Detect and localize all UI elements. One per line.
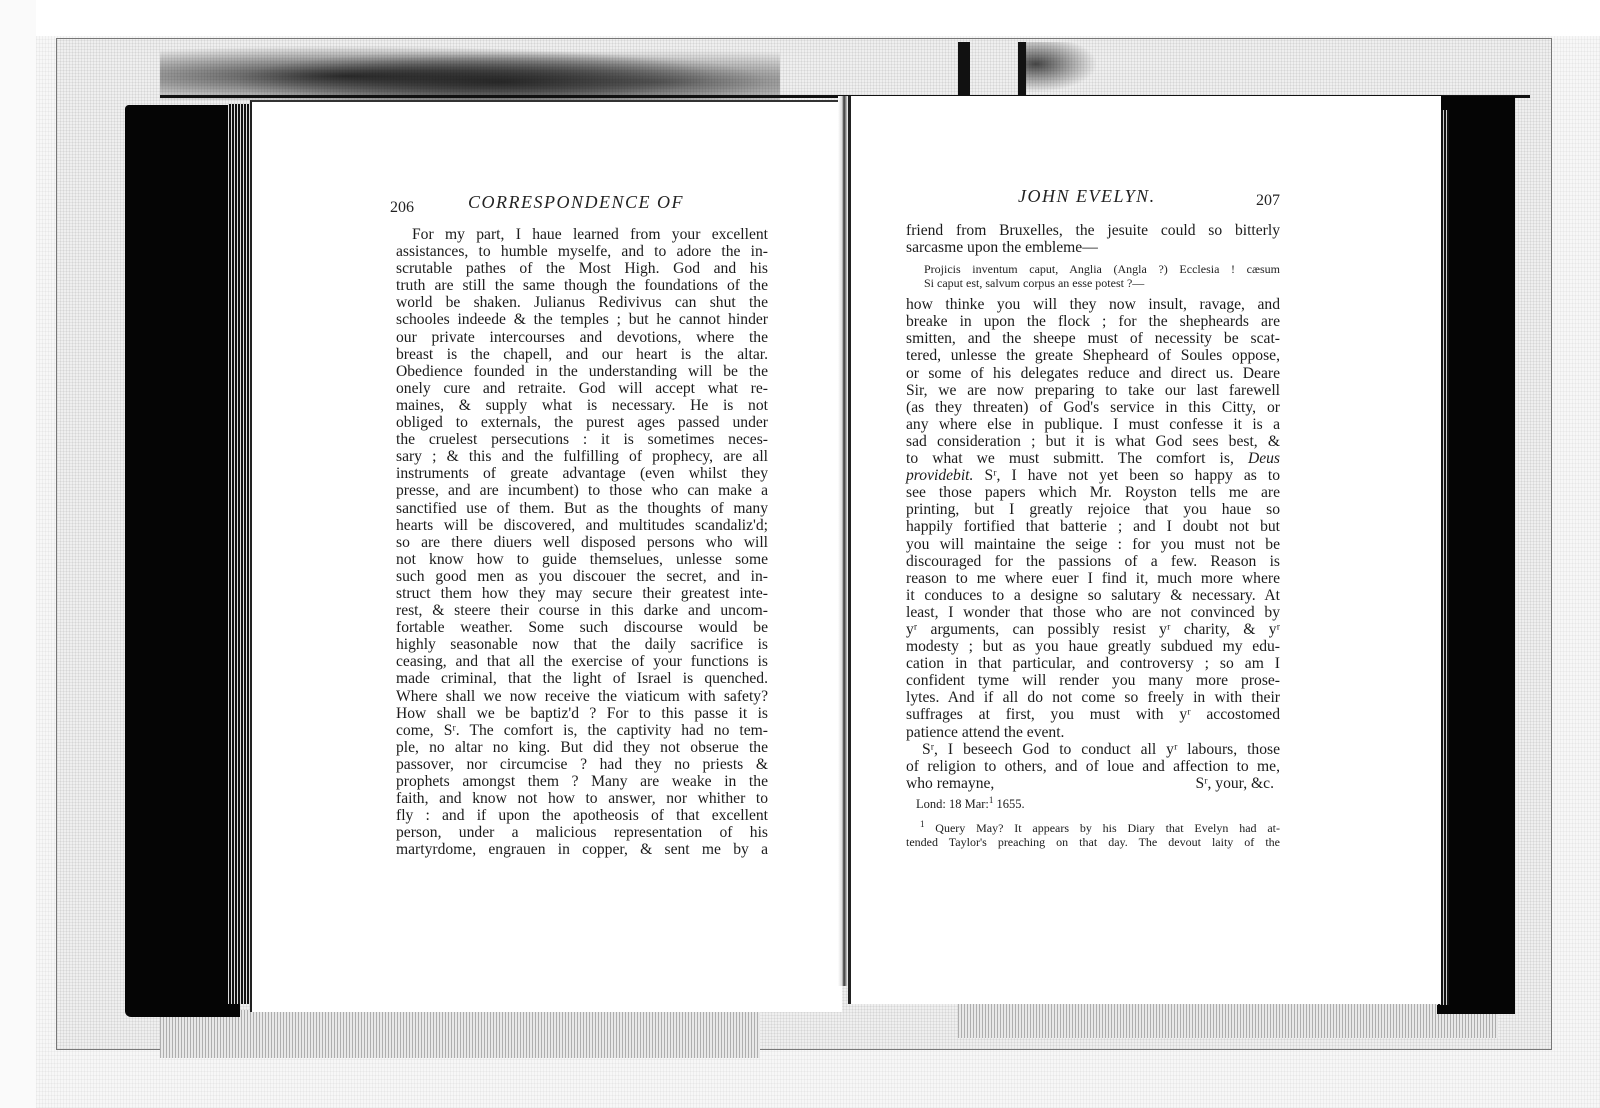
text-line: Sʳ, I beseech God to conduct all yʳ labo…	[906, 741, 1280, 758]
text-line: sarcasme upon the embleme—	[906, 239, 1280, 256]
text-line: patience attend the event.	[906, 724, 1280, 741]
text-line: so are there diuers well disposed person…	[396, 534, 768, 551]
text-line: lytes. And if all do not come so freely …	[906, 689, 1280, 706]
book-edge-left	[125, 105, 240, 1017]
book-gutter	[838, 96, 848, 986]
italic-text: Deus	[1248, 450, 1280, 467]
text-line: of religion to others, and of loue and a…	[906, 758, 1280, 775]
closing-left: who remayne,	[906, 775, 994, 792]
text-line: come, Sʳ. The comfort is, the captivity …	[396, 722, 768, 739]
text-line: printing, but I greatly rejoice that you…	[906, 501, 1280, 518]
text-line: ple, no altar no king. But did they not …	[396, 739, 768, 756]
text-line: ceasing, and that all the exercise of yo…	[396, 653, 768, 670]
text-line: rest, & steere their course in this dark…	[396, 602, 768, 619]
text-line: passover, nor circumcise ? had they no p…	[396, 756, 768, 773]
dateline: Lond: 18 Mar:1 1655.	[916, 796, 1280, 813]
text-line: person, under a malicious representation…	[396, 824, 768, 841]
footnote-mark: 1	[920, 819, 925, 829]
text-line: see those papers which Mr. Royston tells…	[906, 484, 1280, 501]
text-line: you will maintaine the seige : for you m…	[906, 536, 1280, 553]
signature-line: who remayne, Sʳ, your, &c.	[906, 775, 1280, 792]
text-line: fly : and if upon the apotheosis of that…	[396, 807, 768, 824]
text-line: instruments of greate advantage (even wh…	[396, 465, 768, 482]
right-page-number: 207	[1256, 192, 1280, 210]
cover-tab-mark	[958, 42, 970, 97]
closing-right: Sʳ, your, &c.	[1195, 775, 1274, 792]
text-line: sary ; & this and the fulfilling of prop…	[396, 448, 768, 465]
text-line: fortable weather. Some such discourse wo…	[396, 619, 768, 636]
cover-stain	[160, 40, 780, 100]
text-line: suffrages at first, you must with yʳ acc…	[906, 706, 1280, 723]
right-running-head: JOHN EVELYN.	[1018, 186, 1156, 207]
text-line: happily fortified that batterie ; and I …	[906, 518, 1280, 535]
scan-margin-top	[0, 0, 1600, 36]
text-line: maines, & supply what is necessary. He i…	[396, 397, 768, 414]
page-stack-left	[228, 104, 250, 1004]
text-line: How shall we be baptiz'd ? For to this p…	[396, 705, 768, 722]
text-line: yʳ arguments, can possibly resist yʳ cha…	[906, 621, 1280, 638]
footnote-ref: 1	[989, 795, 994, 805]
text-line: assistances, to humble myselfe, and to a…	[396, 243, 768, 260]
text-line: how thinke you will they now insult, rav…	[906, 296, 1280, 313]
text-line: reason to me where euer I find it, much …	[906, 570, 1280, 587]
text-line: the cruelest persecutions : it is someti…	[396, 431, 768, 448]
text-line: it conduces to a designe so salutary & n…	[906, 587, 1280, 604]
text-line: faith, and know not how to answer, nor w…	[396, 790, 768, 807]
text-line: made criminal, that the light of Israel …	[396, 670, 768, 687]
text-line: cation in that particular, and controver…	[906, 655, 1280, 672]
left-page-body: For my part, I haue learned from your ex…	[396, 226, 768, 858]
text-line: to what we must submitt. The comfort is,…	[906, 450, 1280, 467]
text-line: our private intercourses and devotions, …	[396, 329, 768, 346]
text-line: such good men as you discouer the secret…	[396, 568, 768, 585]
text-line: Obedience founded in the understanding w…	[396, 363, 768, 380]
text-line: providebit. Sʳ, I have not yet been so h…	[906, 467, 1280, 484]
text-line: smitten, and the sheepe must of necessit…	[906, 330, 1280, 347]
text-line: modesty ; but as you haue greatly subdue…	[906, 638, 1280, 655]
text-line: not know how to guide themselues, unless…	[396, 551, 768, 568]
text-line: tended Taylor's preaching on that day. T…	[906, 835, 1280, 849]
text-line: presse, and are incumbent) to those who …	[396, 482, 768, 499]
page-block-bottom-left	[160, 1010, 760, 1058]
text-line: friend from Bruxelles, the jesuite could…	[906, 222, 1280, 239]
text-line: prophets amongst them ? Many are weake i…	[396, 773, 768, 790]
text-line: hearts will be discovered, and multitude…	[396, 517, 768, 534]
italic-text: providebit.	[906, 467, 973, 484]
text-line: Projicis inventum caput, Anglia (Angla ?…	[924, 262, 1280, 276]
text-line: Si caput est, salvum corpus an esse pote…	[924, 276, 1280, 290]
page-block-bottom-right	[958, 1000, 1498, 1038]
text-line: Sir, we are now preparing to take our la…	[906, 382, 1280, 399]
left-page-number: 206	[390, 199, 414, 217]
text-line: any where else in publique. I must confe…	[906, 416, 1280, 433]
text-line: tered, unlesse the greate Shepheard of S…	[906, 347, 1280, 364]
text-line: struct them how they may secure their gr…	[396, 585, 768, 602]
text-line: For my part, I haue learned from your ex…	[396, 226, 768, 243]
latin-verse-quote: Projicis inventum caput, Anglia (Angla ?…	[924, 262, 1280, 290]
scan-margin-left	[0, 0, 36, 1108]
text-line: highly seasonable now that the daily sac…	[396, 636, 768, 653]
footnote: 1 Query May? It appears by his Diary tha…	[906, 821, 1280, 849]
cover-tab-mark	[1018, 42, 1108, 97]
text-line: martyrdome, engrauen in copper, & sent m…	[396, 841, 768, 858]
text-line: discouraged for the passions of a few. R…	[906, 553, 1280, 570]
text-line: schooles indeede & the temples ; but he …	[396, 311, 768, 328]
text-line: least, I wonder that those who are not c…	[906, 604, 1280, 621]
text-line: truth are still the same though the foun…	[396, 277, 768, 294]
text-line: obliged to externals, the purest ages pa…	[396, 414, 768, 431]
text-line: sad consideration ; but it is what God s…	[906, 433, 1280, 450]
text-line: 1 Query May? It appears by his Diary tha…	[906, 821, 1280, 835]
text-line: Where shall we now receive the viaticum …	[396, 688, 768, 705]
left-running-head: CORRESPONDENCE OF	[468, 192, 684, 213]
text-line: breake in upon the flock ; for the sheph…	[906, 313, 1280, 330]
letter-closing: Sʳ, I beseech God to conduct all yʳ labo…	[906, 741, 1280, 775]
text-line: breast is the chapell, and our heart is …	[396, 346, 768, 363]
right-page-body: friend from Bruxelles, the jesuite could…	[906, 222, 1280, 849]
text-line: confident tyme will render you many more…	[906, 672, 1280, 689]
paragraph-continuation: friend from Bruxelles, the jesuite could…	[906, 222, 1280, 256]
text-line: scrutable pathes of the Most High. God a…	[396, 260, 768, 277]
text-line: sanctified use of them. But as the thoug…	[396, 500, 768, 517]
text-line: (as they threaten) of God's service in t…	[906, 399, 1280, 416]
text-line: world be shaken. Julianus Redivivus can …	[396, 294, 768, 311]
text-line: or some of his delegates reduce and dire…	[906, 365, 1280, 382]
paragraph-main: how thinke you will they now insult, rav…	[906, 296, 1280, 740]
text-line: onely cure and retraite. God will accept…	[396, 380, 768, 397]
